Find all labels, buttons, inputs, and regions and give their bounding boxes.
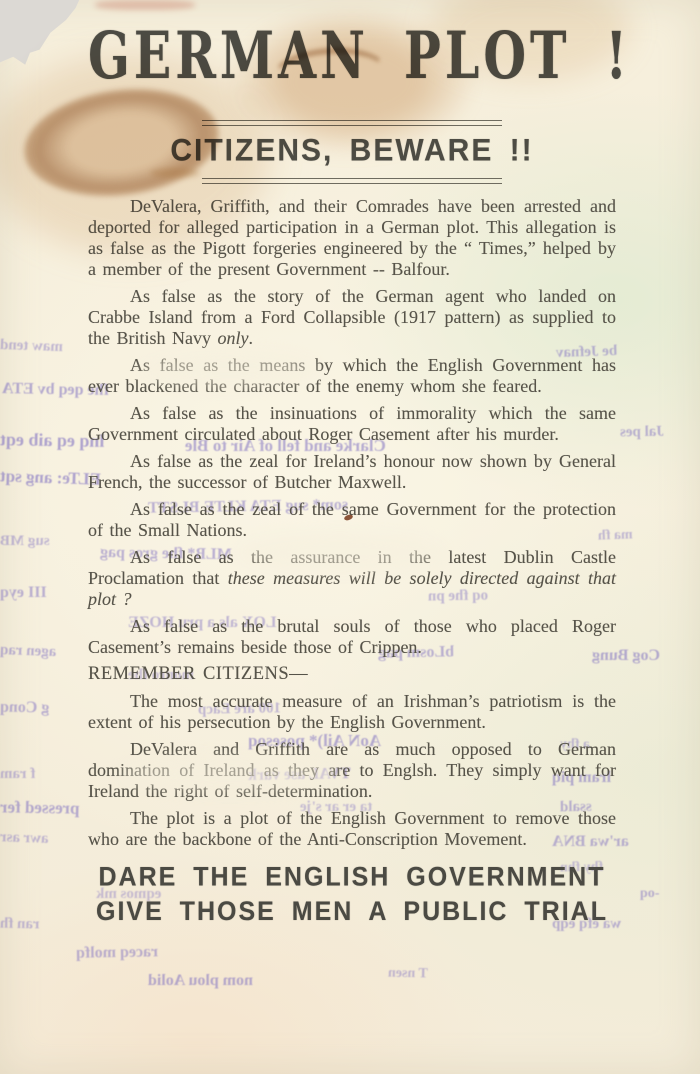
body-text: As false as the zeal for Ireland’s honou… — [88, 451, 616, 492]
body-text: As false as the means by which the Engli… — [88, 355, 616, 396]
paragraph: As false as the story of the German agen… — [88, 286, 616, 349]
body-text: DeValera and Griffith are as much oppose… — [88, 739, 616, 801]
paragraph: As false as the zeal for Ireland’s honou… — [88, 451, 616, 493]
paragraph: DeValera, Griffith, and their Comrades h… — [88, 196, 616, 280]
body-text: As false as the insinuations of immorali… — [88, 403, 616, 444]
body-text: . — [249, 328, 254, 348]
closing-line-1: DARE THE ENGLISH GOVERNMENT — [88, 859, 616, 894]
page-title: GERMAN PLOT ! — [88, 17, 631, 94]
closing-slogan: DARE THE ENGLISH GOVERNMENT GIVE THOSE M… — [88, 859, 616, 928]
ink-bleed-fragment: III eyq — [0, 584, 47, 602]
paragraphs-after-remember: The most accurate measure of an Irishman… — [88, 691, 616, 850]
body-text: The most accurate measure of an Irishman… — [88, 691, 616, 732]
title-block: GERMAN PLOT ! — [88, 36, 616, 110]
paragraph: As false as the assurance in the latest … — [88, 547, 616, 610]
ink-bleed-fragment: awr asr — [0, 829, 49, 848]
ink-bleed-fragment: sug MB — [0, 533, 50, 550]
ink-bleed-fragment: -oq — [640, 886, 659, 902]
page-subtitle: CITIZENS, BEWARE !! — [88, 133, 616, 169]
double-rule-top — [202, 120, 502, 126]
ink-bleed-fragment: nom plou Aolid — [148, 972, 253, 990]
ink-bleed-fragment: f ram — [0, 766, 35, 783]
paragraph: As false as the brutal souls of those wh… — [88, 616, 616, 658]
paragraph: As false as the insinuations of immorali… — [88, 403, 616, 445]
paragraph: As false as the means by which the Engli… — [88, 355, 616, 397]
paragraph: As false as the zeal of the same Governm… — [88, 499, 616, 541]
paragraph: DeValera and Griffith are as much oppose… — [88, 739, 616, 802]
body-text: As false as the zeal of the same Governm… — [88, 499, 616, 540]
paragraphs-before-remember: DeValera, Griffith, and their Comrades h… — [88, 196, 616, 658]
ink-bleed-fragment: maw tend — [0, 337, 63, 356]
body-text: As false as the brutal souls of those wh… — [88, 616, 616, 657]
ink-bleed-fragment: T nsen — [388, 966, 428, 983]
paragraph: The most accurate measure of an Irishman… — [88, 691, 616, 733]
closing-line-2: GIVE THOSE MEN A PUBLIC TRIAL — [88, 894, 616, 929]
pink-edge-smudge — [95, 0, 195, 10]
ink-bleed-fragment: ELTe: ang sqt — [0, 466, 101, 490]
remember-citizens-heading: REMEMBER CITIZENS— — [88, 664, 616, 685]
ink-bleed-fragment: agen raq — [0, 642, 57, 661]
double-rule-bottom — [202, 178, 502, 184]
italic-text: only — [218, 328, 249, 348]
paper-sheet: maw tendbe Jefnavfhe qeq bv ETAlnq eq ai… — [0, 0, 700, 1074]
ink-bleed-fragment: Jal pes — [620, 424, 664, 442]
paragraph: The plot is a plot of the English Govern… — [88, 808, 616, 850]
handbill-photo: { "page": { "title": "GERMAN PLOT !", "s… — [0, 0, 700, 1074]
body-text: DeValera, Griffith, and their Comrades h… — [88, 196, 616, 279]
ink-bleed-fragment: pressed fer — [0, 797, 80, 818]
handbill-content: GERMAN PLOT ! CITIZENS, BEWARE !! DeVale… — [88, 36, 616, 926]
body-text: The plot is a plot of the English Govern… — [88, 808, 616, 849]
ink-bleed-fragment: g Conq — [0, 699, 50, 718]
body-text: As false as the story of the German agen… — [88, 286, 616, 348]
ink-bleed-fragment: raceq molfq — [76, 943, 159, 962]
ink-bleed-fragment: ran fh — [0, 916, 40, 934]
